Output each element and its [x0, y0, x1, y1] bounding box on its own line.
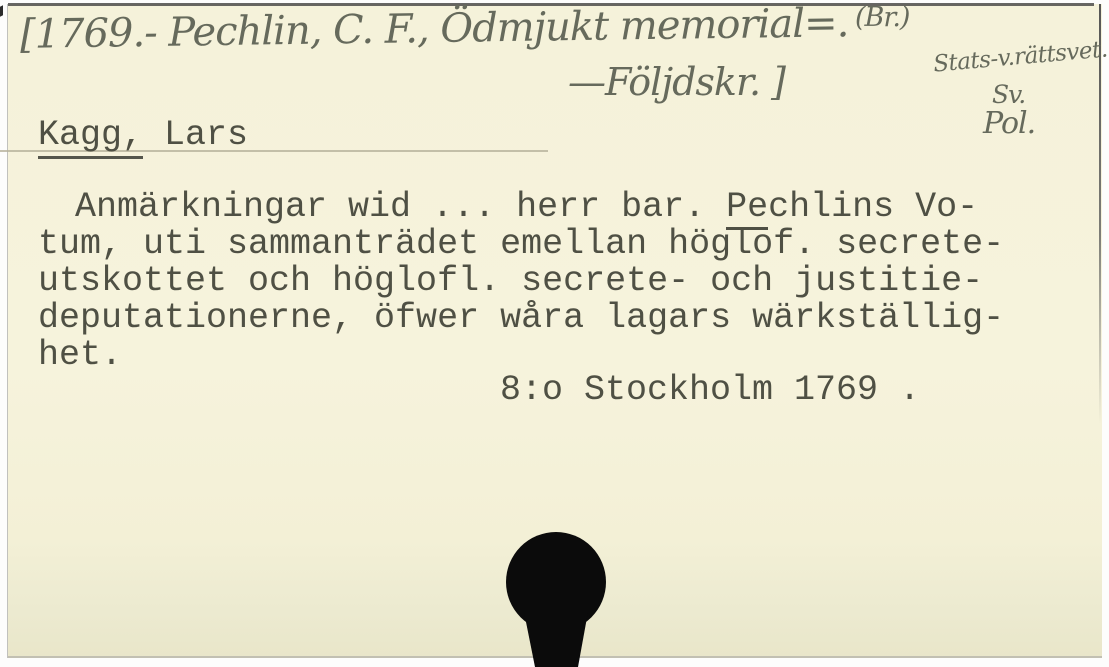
body-line-4: deputationerne, öfwer wåra lagars wärkst… [38, 300, 1004, 337]
heading-author-firstname: Lars [143, 115, 248, 155]
scan-artifact [0, 5, 3, 16]
card-heading: Kagg, Lars [38, 117, 248, 154]
body-line-5: het. [38, 337, 1004, 374]
classification-mark-pol: Pol. [983, 106, 1035, 141]
classification-mark-br: (Br.) [855, 2, 909, 33]
card-bottom-edge [8, 656, 1102, 658]
classification-mark-sv: Sv. [992, 80, 1025, 109]
body-line-2: tum, uti sammanträdet emellan höglof. se… [38, 226, 1004, 263]
body-line-1-pre: Anmärkningar wid ... herr bar. [75, 187, 726, 227]
card-right-edge [1099, 4, 1101, 424]
heading-author-surname: Kagg, [38, 115, 143, 159]
catalog-card-scan: [1769.- Pechlin, C. F., Ödmjukt memorial… [0, 0, 1109, 667]
body-line-3: utskottet och höglofl. secrete- och just… [38, 263, 1004, 300]
body-line-1-post: chlins Vo- [768, 187, 978, 227]
handwritten-title-continuation: —Följdskr. ] [568, 60, 785, 104]
body-text: Anmärkningar wid ... herr bar. Pechlins … [38, 189, 1004, 374]
imprint-line: 8:o Stockholm 1769 . [500, 372, 920, 409]
body-line-1: Anmärkningar wid ... herr bar. Pechlins … [38, 189, 1004, 226]
card-left-edge [7, 4, 8, 658]
